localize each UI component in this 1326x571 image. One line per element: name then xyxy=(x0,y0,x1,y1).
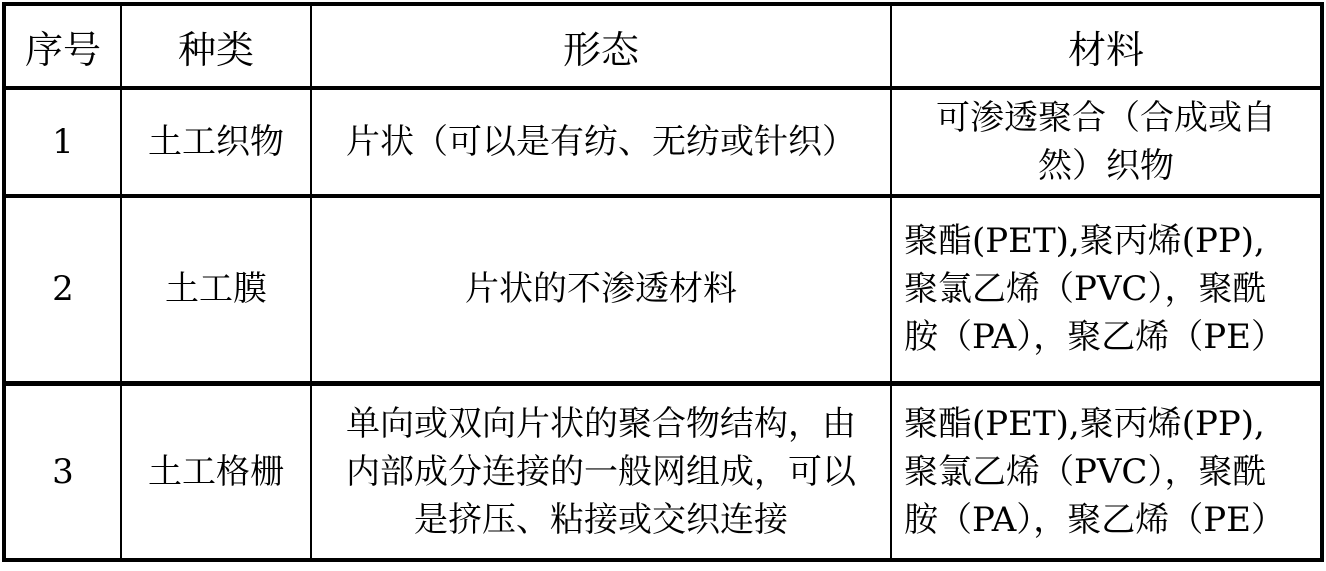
table-row: 3 土工格栅 单向或双向片状的聚合物结构，由 内部成分连接的一般网组成，可以 是… xyxy=(4,383,1322,560)
cell-form: 片状（可以是有纺、无纺或针织） xyxy=(311,88,891,196)
geosynthetics-table: 序号 种类 形态 材料 1 土工织物 片状（可以是有纺、无纺或针织） 可渗透聚合… xyxy=(2,2,1324,562)
cell-no: 1 xyxy=(4,88,121,196)
cell-kind: 土工膜 xyxy=(121,196,311,383)
table-row: 2 土工膜 片状的不渗透材料 聚酯(PET),聚丙烯(PP), 聚氯乙烯（PVC… xyxy=(4,196,1322,383)
header-cell-material: 材料 xyxy=(891,4,1322,88)
header-cell-form: 形态 xyxy=(311,4,891,88)
cell-no: 2 xyxy=(4,196,121,383)
cell-form: 单向或双向片状的聚合物结构，由 内部成分连接的一般网组成，可以 是挤压、粘接或交… xyxy=(311,383,891,560)
cell-no: 3 xyxy=(4,383,121,560)
header-row: 序号 种类 形态 材料 xyxy=(4,4,1322,88)
cell-material: 聚酯(PET),聚丙烯(PP), 聚氯乙烯（PVC），聚酰 胺（PA），聚乙烯（… xyxy=(891,196,1322,383)
cell-material: 可渗透聚合（合成或自 然）织物 xyxy=(891,88,1322,196)
header-cell-kind: 种类 xyxy=(121,4,311,88)
table-row: 1 土工织物 片状（可以是有纺、无纺或针织） 可渗透聚合（合成或自 然）织物 xyxy=(4,88,1322,196)
cell-form: 片状的不渗透材料 xyxy=(311,196,891,383)
cell-kind: 土工织物 xyxy=(121,88,311,196)
cell-material: 聚酯(PET),聚丙烯(PP), 聚氯乙烯（PVC），聚酰 胺（PA），聚乙烯（… xyxy=(891,383,1322,560)
document-page: 序号 种类 形态 材料 1 土工织物 片状（可以是有纺、无纺或针织） 可渗透聚合… xyxy=(0,0,1326,571)
cell-kind: 土工格栅 xyxy=(121,383,311,560)
header-cell-no: 序号 xyxy=(4,4,121,88)
